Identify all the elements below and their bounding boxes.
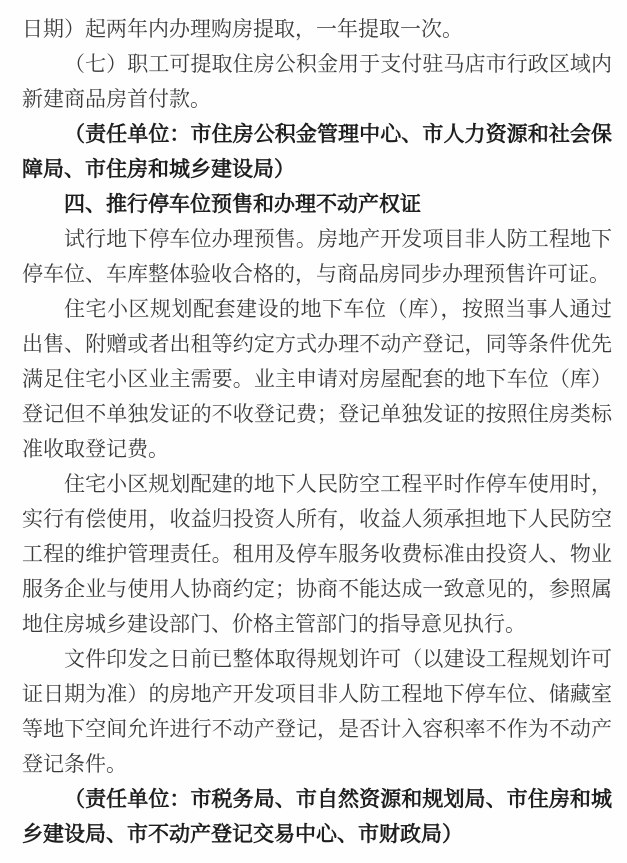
paragraph-continuation: 日期）起两年内办理购房提取，一年提取一次。 [22, 12, 612, 47]
paragraph-body: （七）职工可提取住房公积金用于支付驻马店市行政区域内新建商品房首付款。 [22, 47, 612, 117]
responsible-unit-note: （责任单位：市住房公积金管理中心、市人力资源和社会保障局、市住房和城乡建设局） [22, 117, 612, 187]
document-page: 日期）起两年内办理购房提取，一年提取一次。（七）职工可提取住房公积金用于支付驻马… [0, 0, 627, 863]
section-heading: 四、推行停车位预售和办理不动产权证 [22, 187, 612, 222]
paragraph-body: 住宅小区规划配建的地下人民防空工程平时作停车使用时，实行有偿使用，收益归投资人所… [22, 467, 612, 642]
responsible-unit-note: （责任单位：市税务局、市自然资源和规划局、市住房和城乡建设局、市不动产登记交易中… [22, 782, 612, 852]
paragraph-body: 试行地下停车位办理预售。房地产开发项目非人防工程地下停车位、车库整体验收合格的，… [22, 222, 612, 292]
paragraph-body: 住宅小区规划配套建设的地下车位（库），按照当事人通过出售、附赠或者出租等约定方式… [22, 292, 612, 467]
document-body: 日期）起两年内办理购房提取，一年提取一次。（七）职工可提取住房公积金用于支付驻马… [0, 0, 627, 852]
paragraph-body: 文件印发之日前已整体取得规划许可（以建设工程规划许可证日期为准）的房地产开发项目… [22, 642, 612, 782]
